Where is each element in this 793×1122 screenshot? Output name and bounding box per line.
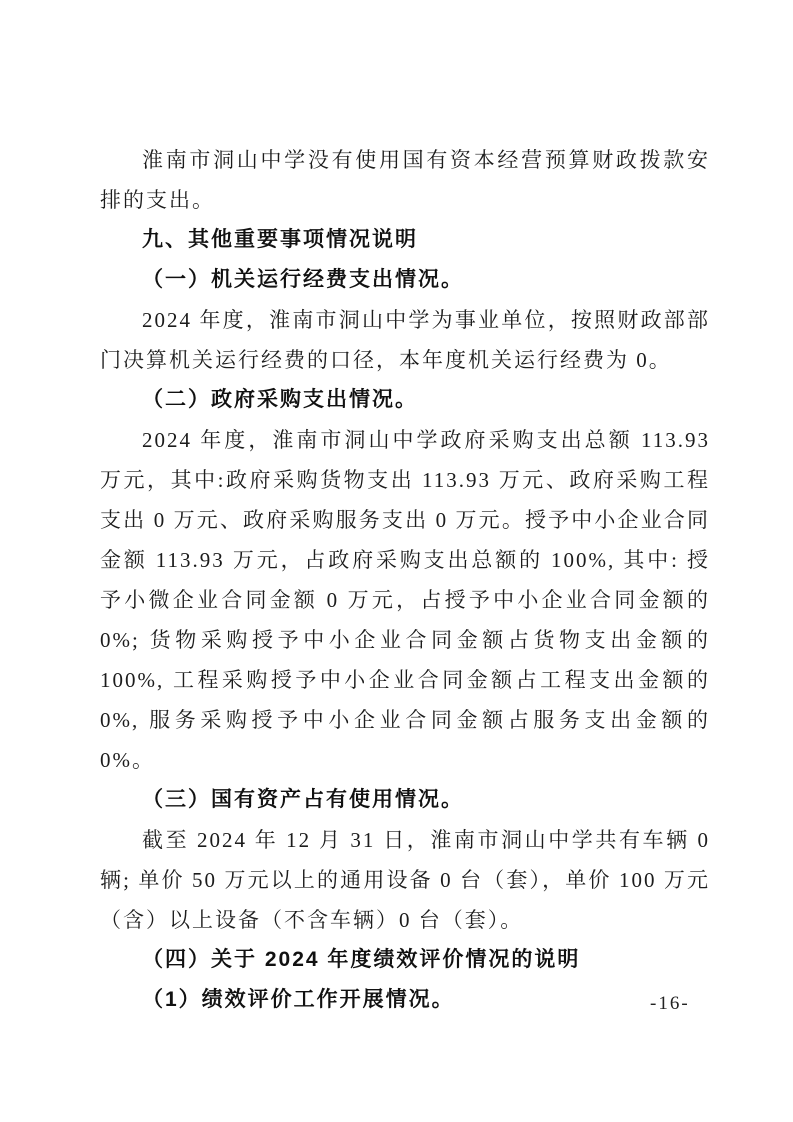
paragraph-state-assets: 截至 2024 年 12 月 31 日，淮南市洞山中学共有车辆 0 辆; 单价 …: [100, 820, 710, 940]
heading-section-9: 九、其他重要事项情况说明: [100, 220, 710, 260]
paragraph-capital-budget-note: 淮南市洞山中学没有使用国有资本经营预算财政拨款安排的支出。: [100, 140, 710, 220]
document-content: 淮南市洞山中学没有使用国有资本经营预算财政拨款安排的支出。 九、其他重要事项情况…: [100, 140, 710, 1020]
paragraph-government-procurement: 2024 年度，淮南市洞山中学政府采购支出总额 113.93 万元，其中:政府采…: [100, 420, 710, 780]
heading-9-4-1-performance-work: （1）绩效评价工作开展情况。: [100, 980, 710, 1020]
page-number: -16-: [650, 993, 690, 1015]
heading-9-3-state-assets: （三）国有资产占有使用情况。: [100, 780, 710, 820]
heading-9-4-performance-evaluation: （四）关于 2024 年度绩效评价情况的说明: [100, 940, 710, 980]
heading-9-2-government-procurement: （二）政府采购支出情况。: [100, 380, 710, 420]
paragraph-operating-expenses: 2024 年度，淮南市洞山中学为事业单位，按照财政部部门决算机关运行经费的口径，…: [100, 300, 710, 380]
document-page: 淮南市洞山中学没有使用国有资本经营预算财政拨款安排的支出。 九、其他重要事项情况…: [0, 0, 793, 1122]
heading-9-1-operating-expenses: （一）机关运行经费支出情况。: [100, 260, 710, 300]
